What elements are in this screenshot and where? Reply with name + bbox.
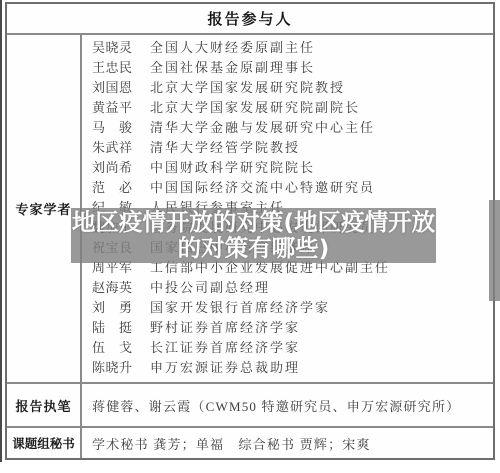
participant-title: 全国社保基金原副理事长 (150, 58, 315, 78)
participant-title: 中国财政科学研究院院长 (150, 158, 315, 178)
participant-row: 朱武祥清华大学经管学院教授 (82, 138, 493, 158)
participant-title: 北京大学国家发展研究院教授 (150, 78, 345, 98)
report-writers-content: 蒋健蓉、谢云霞（CWM50 特邀研究员、申万宏源研究所） (92, 384, 489, 426)
watermark-text-line2: 的对策有哪些) (71, 235, 436, 261)
participant-row: 王忠民全国社保基金原副理事长 (82, 58, 493, 78)
participant-row: 刘尚希中国财政科学研究院院长 (82, 158, 493, 178)
participant-title: 长江证券首席经济学家 (150, 338, 300, 358)
participant-row: 黄益平北京大学国家发展研究院副院长 (82, 98, 493, 118)
participant-title: 清华大学经管学院教授 (150, 138, 300, 158)
participant-name: 赵海英 (92, 278, 134, 298)
secretaries-cell: 学术秘书 龚芳；单福 综合秘书 贾辉；宋爽 (82, 428, 493, 458)
participant-title: 中投公司副总经理 (150, 278, 270, 298)
participant-row: 范 必中国国际经济交流中心特邀研究员 (82, 178, 493, 198)
participant-name: 朱武祥 (92, 138, 134, 158)
report-writers-label: 报告执笔 (7, 384, 82, 426)
participant-name: 伍 戈 (92, 338, 134, 358)
participant-title: 北京大学国家发展研究院副院长 (150, 98, 360, 118)
participant-row: 刘国恩北京大学国家发展研究院教授 (82, 78, 493, 98)
table-header: 报告参与人 (7, 4, 493, 33)
participant-name: 刘国恩 (92, 78, 134, 98)
participant-name: 陆 挺 (92, 318, 134, 338)
participant-title: 野村证券首席经济学家 (150, 318, 300, 338)
participant-name: 刘尚希 (92, 158, 134, 178)
participant-row: 陈晓升申万宏源证券总裁助理 (82, 358, 493, 378)
report-writers-section: 报告执笔 蒋健蓉、谢云霞（CWM50 特邀研究员、申万宏源研究所） (7, 382, 493, 426)
participant-name: 陈晓升 (92, 358, 134, 378)
participant-row: 刘 勇国家开发银行首席经济学家 (82, 298, 493, 318)
participant-row: 陆 挺野村证券首席经济学家 (82, 318, 493, 338)
participant-title: 申万宏源证券总裁助理 (150, 358, 300, 378)
participant-row: 赵海英中投公司副总经理 (82, 278, 493, 298)
secretaries-content: 学术秘书 龚芳；单福 综合秘书 贾辉；宋爽 (92, 428, 489, 458)
watermark-overlay: 地区疫情开放的对策(地区疫情开放 的对策有哪些) (71, 208, 436, 263)
participant-row: 伍 戈长江证券首席经济学家 (82, 338, 493, 358)
participant-title: 中国国际经济交流中心特邀研究员 (150, 178, 375, 198)
participant-title: 国家开发银行首席经济学家 (150, 298, 330, 318)
participant-row: 吴晓灵全国人大财经委原副主任 (82, 38, 493, 58)
secretaries-section: 课题组秘书 学术秘书 龚芳；单福 综合秘书 贾辉；宋爽 (7, 426, 493, 458)
secretaries-label: 课题组秘书 (7, 428, 82, 458)
participant-name: 黄益平 (92, 98, 134, 118)
participant-name: 范 必 (92, 178, 134, 198)
watermark-right-strip (489, 200, 500, 301)
scan-edge-line (0, 0, 2, 462)
participant-title: 全国人大财经委原副主任 (150, 38, 315, 58)
watermark-text-line1: 地区疫情开放的对策(地区疫情开放 (71, 209, 436, 235)
participant-title: 清华大学金融与发展研究中心主任 (150, 118, 375, 138)
experts-list: 吴晓灵全国人大财经委原副主任 王忠民全国社保基金原副理事长 刘国恩北京大学国家发… (82, 35, 493, 378)
report-writers-cell: 蒋健蓉、谢云霞（CWM50 特邀研究员、申万宏源研究所） (82, 384, 493, 426)
participant-name: 马 骏 (92, 118, 134, 138)
participant-name: 王忠民 (92, 58, 134, 78)
document-page: 报告参与人 专家学者 吴晓灵全国人大财经委原副主任 王忠民全国社保基金原副理事长… (0, 0, 500, 473)
participant-name: 吴晓灵 (92, 38, 134, 58)
participant-name: 刘 勇 (92, 298, 134, 318)
participant-row: 马 骏清华大学金融与发展研究中心主任 (82, 118, 493, 138)
